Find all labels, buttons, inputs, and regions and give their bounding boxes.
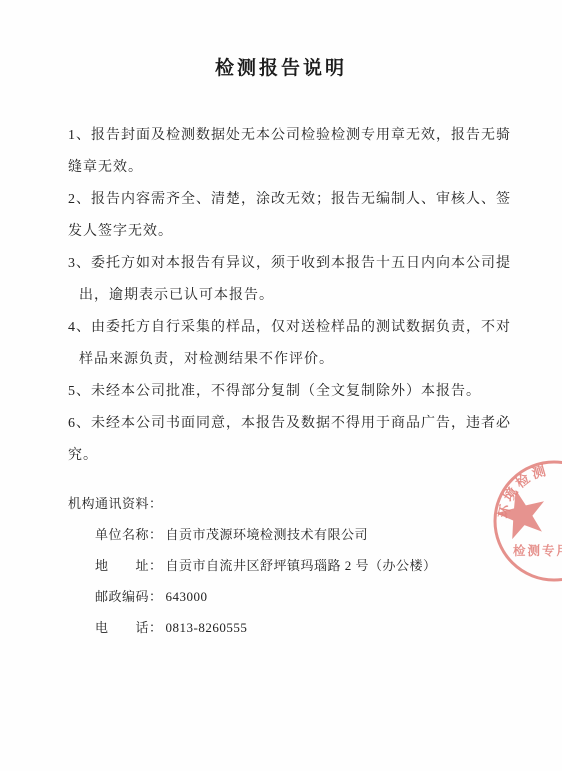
note-1-line-2: 缝章无效。 [68, 152, 524, 184]
report-notes: 1、报告封面及检测数据处无本公司检验检测专用章无效，报告无骑 缝章无效。 2、报… [0, 120, 562, 472]
contact-row-address: 地 址：自贡市自流井区舒坪镇玛瑙路 2 号（办公楼） [0, 550, 562, 581]
note-4-line-2: 样品来源负责，对检测结果不作评价。 [68, 344, 524, 376]
note-2-line-2: 发人签字无效。 [68, 216, 524, 248]
note-5-line-1: 5、未经本公司批准，不得部分复制（全文复制除外）本报告。 [68, 376, 524, 408]
note-1-line-1: 1、报告封面及检测数据处无本公司检验检测专用章无效，报告无骑 [68, 120, 524, 152]
page-title: 检测报告说明 [0, 0, 562, 82]
address-value: 自贡市自流井区舒坪镇玛瑙路 2 号（办公楼） [166, 558, 437, 573]
postcode-label: 邮政编码： [95, 589, 163, 604]
contact-section-header: 机构通讯资料： [0, 488, 562, 519]
note-4-line-1: 4、由委托方自行采集的样品，仅对送检样品的测试数据负责，不对 [68, 312, 524, 344]
note-6-line-1: 6、未经本公司书面同意，本报告及数据不得用于商品广告，违者必 [68, 408, 524, 440]
company-name-value: 自贡市茂源环境检测技术有限公司 [166, 527, 369, 542]
company-name-label: 单位名称： [95, 527, 163, 542]
note-2-line-1: 2、报告内容需齐全、清楚，涂改无效；报告无编制人、审核人、签 [68, 184, 524, 216]
contact-row-phone: 电 话：0813-8260555 [0, 612, 562, 643]
address-label: 地 址： [95, 558, 163, 573]
note-3-line-1: 3、委托方如对本报告有异议，须于收到本报告十五日内向本公司提 [68, 248, 524, 280]
note-3-line-2: 出，逾期表示已认可本报告。 [68, 280, 524, 312]
scanned-report-page: 检测报告说明 1、报告封面及检测数据处无本公司检验检测专用章无效，报告无骑 缝章… [0, 0, 562, 771]
contact-info-section: 机构通讯资料： 单位名称：自贡市茂源环境检测技术有限公司 地 址：自贡市自流井区… [0, 488, 562, 643]
postcode-value: 643000 [166, 589, 208, 604]
contact-row-company: 单位名称：自贡市茂源环境检测技术有限公司 [0, 519, 562, 550]
phone-value: 0813-8260555 [166, 620, 248, 635]
phone-label: 电 话： [95, 620, 163, 635]
note-6-line-2: 究。 [68, 440, 524, 472]
contact-row-postcode: 邮政编码：643000 [0, 581, 562, 612]
